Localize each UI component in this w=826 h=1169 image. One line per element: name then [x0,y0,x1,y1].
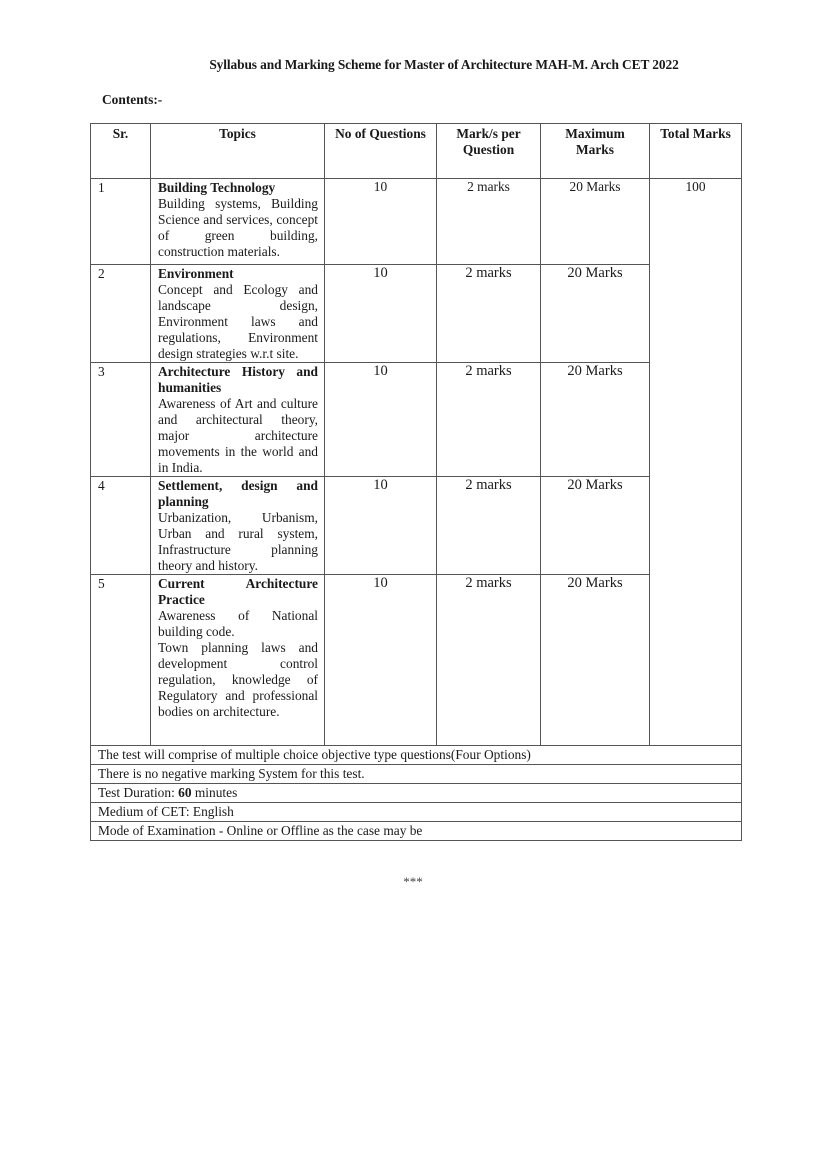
row-sr: 2 [91,265,151,363]
topic-description: Awareness of Art and culture and archite… [158,396,318,476]
note-format: The test will comprise of multiple choic… [91,746,742,765]
header-maximum-marks: MaximumMarks [541,124,650,179]
row-marks-per-question: 2 marks [437,363,541,477]
note-row: Medium of CET: English [91,803,742,822]
row-topic: Settlement, design and planning Urbaniza… [151,477,325,575]
row-max-marks: 20 Marks [541,265,650,363]
table-row: 5 Current Architecture Practice Awarenes… [91,575,742,746]
table-row: 3 Architecture History and humanities Aw… [91,363,742,477]
row-topic: Architecture History and humanities Awar… [151,363,325,477]
row-max-marks: 20 Marks [541,363,650,477]
row-questions: 10 [325,265,437,363]
table-row: 4 Settlement, design and planning Urbani… [91,477,742,575]
row-marks-per-question: 2 marks [437,575,541,746]
table-row: 1 Building Technology Building systems, … [91,179,742,265]
header-marks-per-question: Mark/s perQuestion [437,124,541,179]
row-marks-per-question: 2 marks [437,477,541,575]
row-topic: Building Technology Building systems, Bu… [151,179,325,265]
topic-title: Building Technology [158,180,318,196]
table-header-row: Sr. Topics No of Questions Mark/s perQue… [91,124,742,179]
row-sr: 1 [91,179,151,265]
header-topics: Topics [151,124,325,179]
duration-value: 60 [178,785,191,800]
row-max-marks: 20 Marks [541,575,650,746]
note-row: The test will comprise of multiple choic… [91,746,742,765]
document-title: Syllabus and Marking Scheme for Master o… [0,57,826,73]
row-max-marks: 20 Marks [541,477,650,575]
row-sr: 3 [91,363,151,477]
topic-title: Settlement, design and planning [158,478,318,510]
row-sr: 4 [91,477,151,575]
topic-title: Architecture History and humanities [158,364,318,396]
topic-description: Concept and Ecology and landscape design… [158,282,318,362]
row-questions: 10 [325,575,437,746]
row-marks-per-question: 2 marks [437,265,541,363]
note-row: Mode of Examination - Online or Offline … [91,822,742,841]
row-max-marks: 20 Marks [541,179,650,265]
end-of-document-mark: *** [0,874,826,890]
table-row: 2 Environment Concept and Ecology and la… [91,265,742,363]
note-negative-marking: There is no negative marking System for … [91,765,742,784]
contents-label: Contents:- [102,92,162,108]
note-mode: Mode of Examination - Online or Offline … [91,822,742,841]
topic-description: Building systems, Building Science and s… [158,196,318,260]
marking-scheme-table: Sr. Topics No of Questions Mark/s perQue… [90,123,742,841]
topic-title: Current Architecture Practice [158,576,318,608]
row-questions: 10 [325,363,437,477]
note-row: Test Duration: 60 minutes [91,784,742,803]
total-marks-cell: 100 [650,179,742,746]
header-total-marks: Total Marks [650,124,742,179]
row-questions: 10 [325,477,437,575]
row-topic: Current Architecture Practice Awareness … [151,575,325,746]
topic-description: Awareness of National building code. [158,608,318,640]
row-sr: 5 [91,575,151,746]
note-duration: Test Duration: 60 minutes [91,784,742,803]
note-medium: Medium of CET: English [91,803,742,822]
row-questions: 10 [325,179,437,265]
topic-title: Environment [158,266,318,282]
row-marks-per-question: 2 marks [437,179,541,265]
topic-description-2: Town planning laws and development contr… [158,640,318,720]
topic-description: Urbanization, Urbanism, Urban and rural … [158,510,318,574]
header-questions: No of Questions [325,124,437,179]
note-row: There is no negative marking System for … [91,765,742,784]
header-sr: Sr. [91,124,151,179]
row-topic: Environment Concept and Ecology and land… [151,265,325,363]
